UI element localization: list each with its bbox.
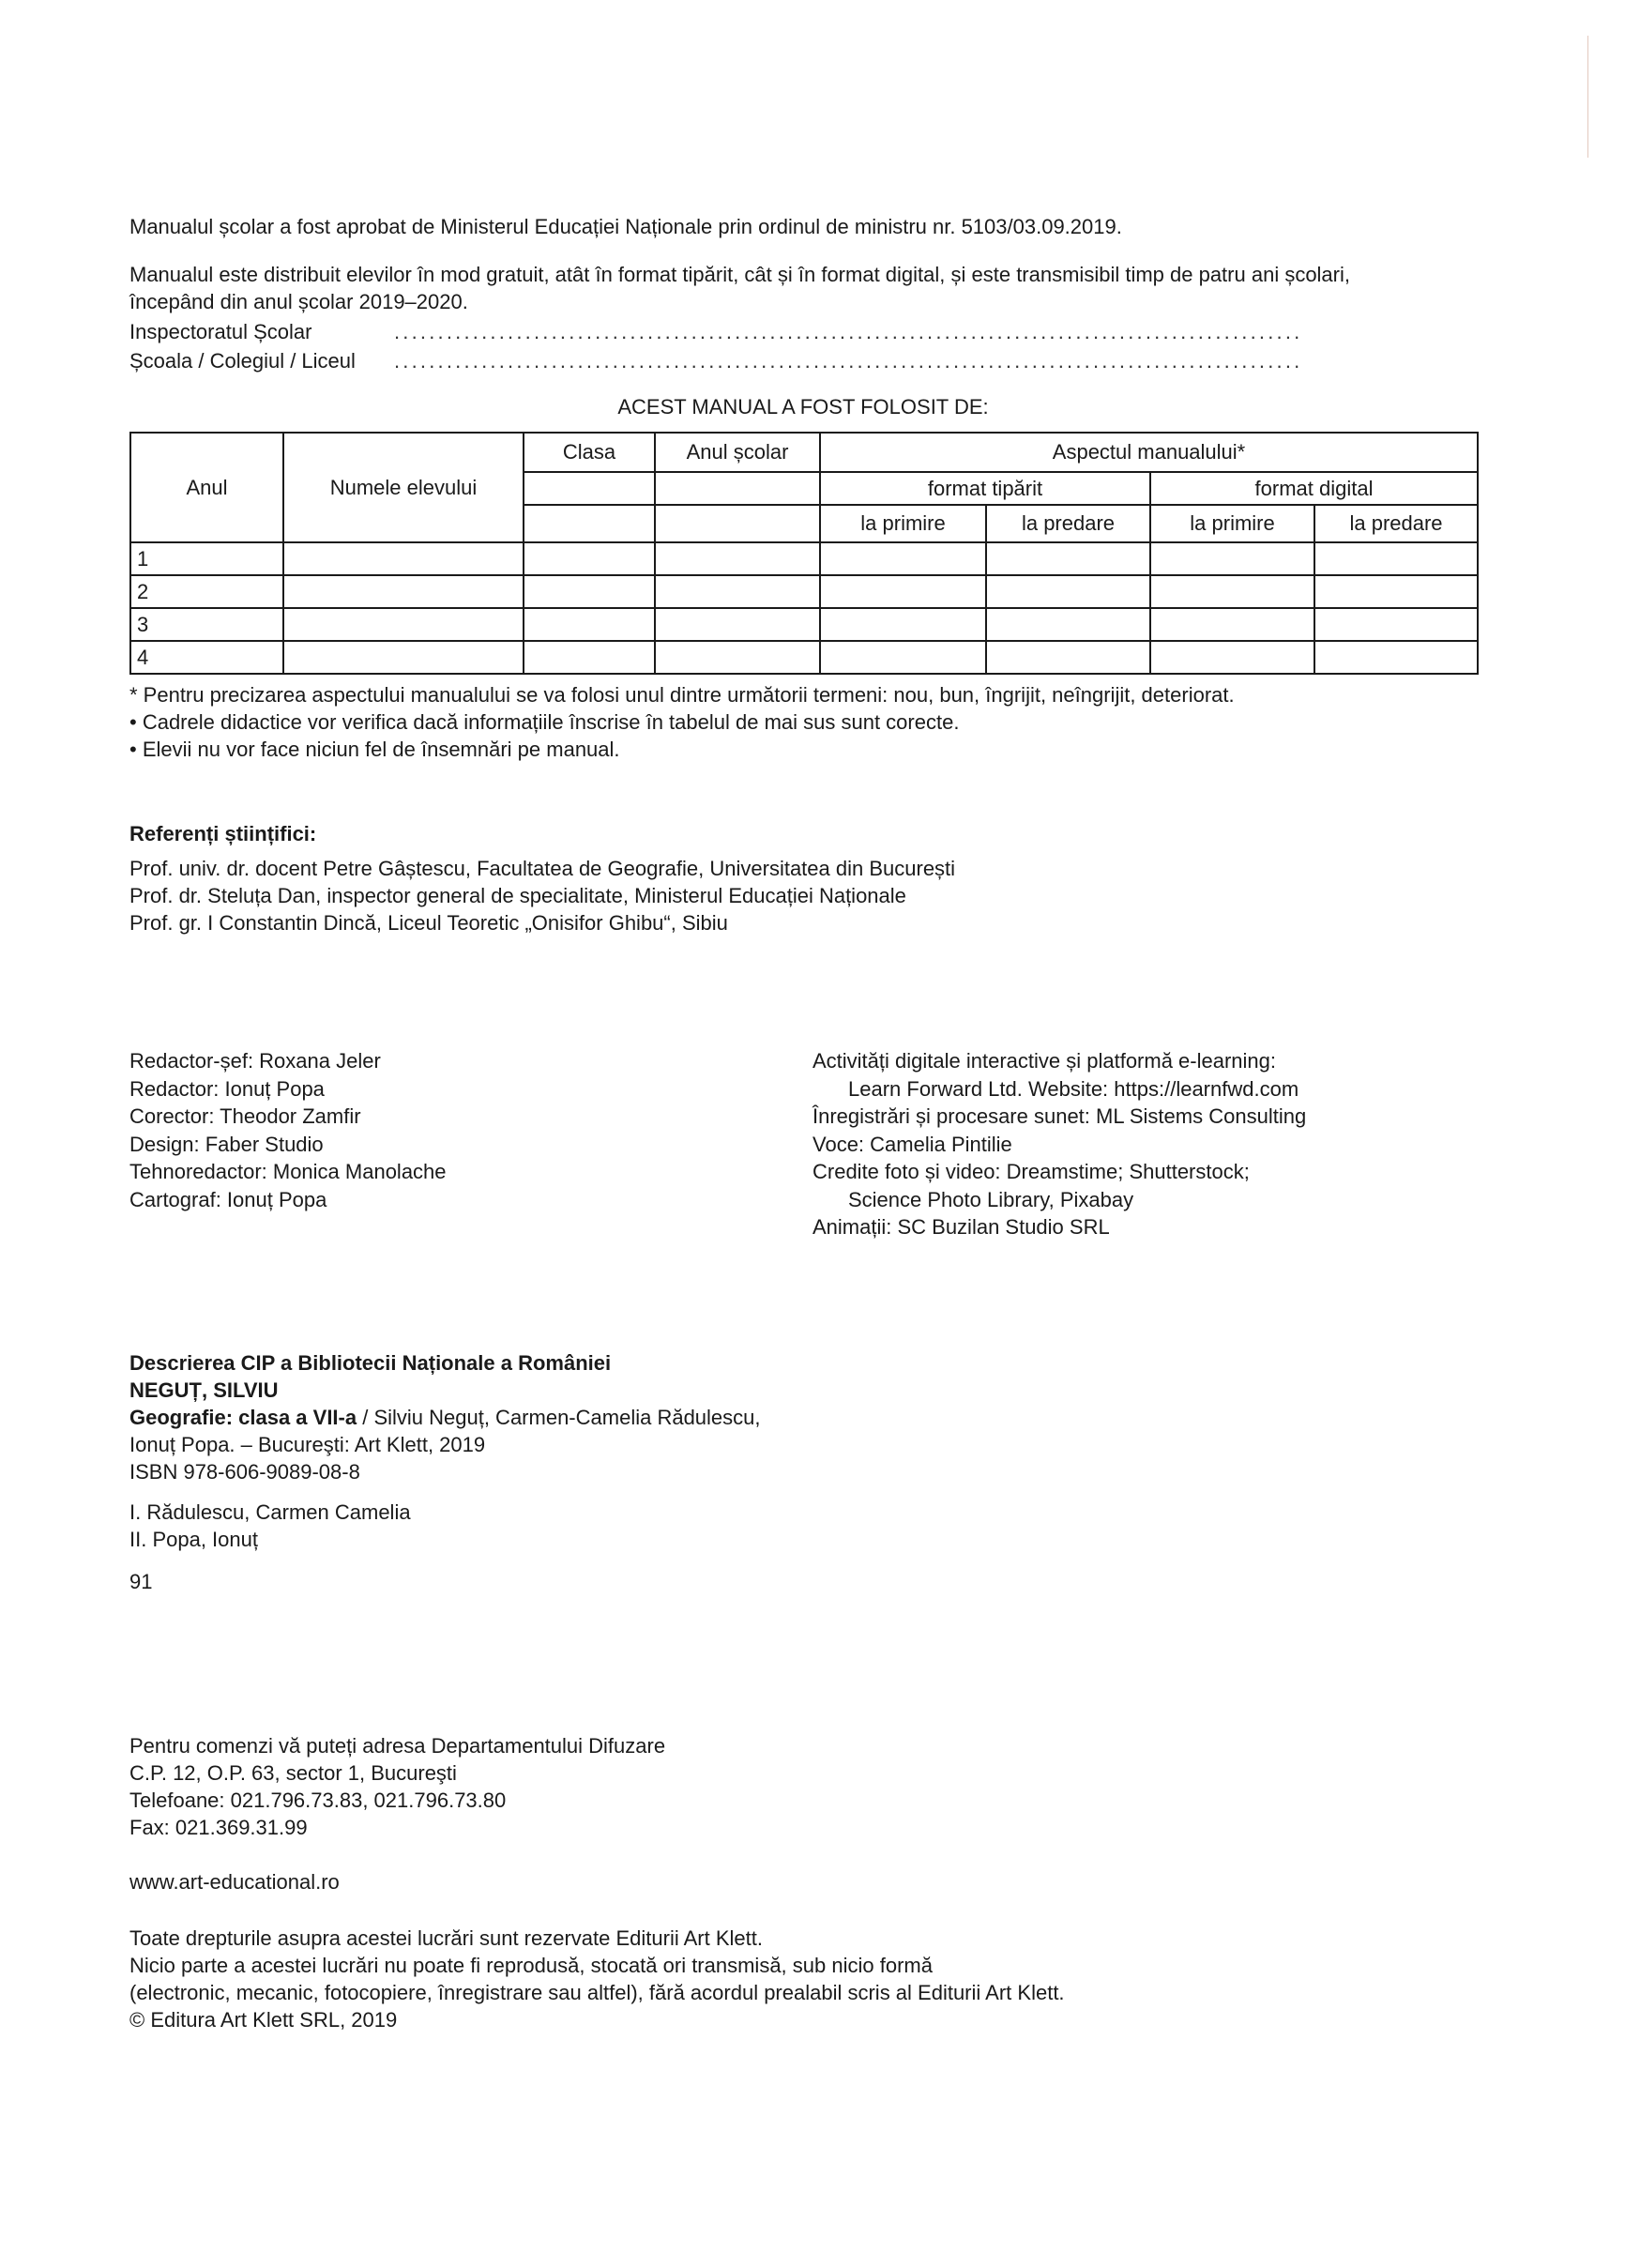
credit-proofreader: Corector: Theodor Zamfir <box>129 1103 361 1130</box>
row-cell-clasa[interactable] <box>524 575 655 608</box>
row-cell-numele[interactable] <box>283 542 524 575</box>
row-cell-clasa[interactable] <box>524 641 655 674</box>
table-row: 1 <box>130 542 1478 575</box>
row-cell-anul-scolar[interactable] <box>655 608 820 641</box>
margin-mark-line <box>1587 36 1588 158</box>
row-cell-tiparit-primire[interactable] <box>820 608 986 641</box>
credit-editor: Redactor: Ionuț Popa <box>129 1075 325 1103</box>
orders-phones: Telefoane: 021.796.73.83, 021.796.73.80 <box>129 1787 506 1814</box>
row-cell-tiparit-primire[interactable] <box>820 575 986 608</box>
row-cell-digital-primire[interactable] <box>1150 575 1314 608</box>
clasa-blank-cell <box>524 472 655 505</box>
credit-typesetter: Tehnoredactor: Monica Manolache <box>129 1158 447 1185</box>
row-cell-digital-predare[interactable] <box>1314 542 1478 575</box>
cip-index-2: II. Popa, Ionuț <box>129 1526 258 1553</box>
header-digital-la-primire: la primire <box>1150 505 1314 542</box>
row-cell-tiparit-predare[interactable] <box>986 542 1150 575</box>
credit-sound-recording: Înregistrări și procesare sunet: ML Sist… <box>812 1103 1306 1131</box>
header-numele-elevului: Numele elevului <box>283 433 524 542</box>
credit-voice: Voce: Camelia Pintilie <box>812 1131 1012 1159</box>
inspectorate-label: Inspectoratul Școlar <box>129 318 394 345</box>
credit-photo-video-continued: Science Photo Library, Pixabay <box>812 1186 1133 1214</box>
row-cell-numele[interactable] <box>283 608 524 641</box>
row-cell-clasa[interactable] <box>524 608 655 641</box>
cip-index-1: I. Rădulescu, Carmen Camelia <box>129 1499 411 1526</box>
credit-design: Design: Faber Studio <box>129 1131 324 1158</box>
cip-publisher: Ionuț Popa. – Bucureşti: Art Klett, 2019 <box>129 1431 485 1458</box>
footnote-aspect-terms: * Pentru precizarea aspectului manualulu… <box>129 681 1235 708</box>
credit-digital-activities: Activități digitale interactive și platf… <box>812 1047 1276 1075</box>
row-anul: 2 <box>130 575 283 608</box>
anul-scolar-blank-cell <box>655 505 820 542</box>
referee-item: Prof. dr. Steluța Dan, inspector general… <box>129 882 906 909</box>
cip-authors: / Silviu Neguț, Carmen-Camelia Rădulescu… <box>357 1406 760 1429</box>
header-tiparit-la-primire: la primire <box>820 505 986 542</box>
cip-heading: Descrierea CIP a Bibliotecii Naționale a… <box>129 1349 611 1377</box>
row-cell-digital-predare[interactable] <box>1314 641 1478 674</box>
cip-author: NEGUȚ, SILVIU <box>129 1377 279 1404</box>
rights-line: Toate drepturile asupra acestei lucrări … <box>129 1925 763 1952</box>
cip-title: Geografie: clasa a VII-a <box>129 1406 357 1429</box>
orders-address: C.P. 12, O.P. 63, sector 1, Bucureşti <box>129 1759 457 1787</box>
header-format-digital: format digital <box>1150 472 1478 505</box>
cip-title-line: Geografie: clasa a VII-a / Silviu Neguț,… <box>129 1404 761 1431</box>
header-format-tiparit: format tipărit <box>820 472 1150 505</box>
row-cell-anul-scolar[interactable] <box>655 641 820 674</box>
footnote-no-marks: • Elevii nu vor face niciun fel de însem… <box>129 736 620 763</box>
row-anul: 1 <box>130 542 283 575</box>
referee-item: Prof. univ. dr. docent Petre Gâștescu, F… <box>129 855 955 882</box>
row-cell-tiparit-predare[interactable] <box>986 575 1150 608</box>
usage-table: Anul Numele elevului Clasa Anul școlar A… <box>129 432 1479 675</box>
referee-item: Prof. gr. I Constantin Dincă, Liceul Teo… <box>129 909 728 936</box>
row-cell-digital-primire[interactable] <box>1150 641 1314 674</box>
footnote-teachers-verify: • Cadrele didactice vor verifica dacă in… <box>129 708 959 736</box>
orders-fax: Fax: 021.369.31.99 <box>129 1814 308 1841</box>
orders-line: Pentru comenzi vă puteți adresa Departam… <box>129 1732 665 1759</box>
row-cell-digital-predare[interactable] <box>1314 575 1478 608</box>
credit-learn-forward: Learn Forward Ltd. Website: https://lear… <box>812 1075 1298 1104</box>
header-aspectul-manualului: Aspectul manualului* <box>820 433 1478 472</box>
row-cell-tiparit-primire[interactable] <box>820 542 986 575</box>
school-dotted-line: ........................................… <box>394 347 1477 374</box>
website-link[interactable]: www.art-educational.ro <box>129 1868 340 1895</box>
row-cell-clasa[interactable] <box>524 542 655 575</box>
approval-statement: Manualul școlar a fost aprobat de Minist… <box>129 213 1122 240</box>
header-anul-scolar: Anul școlar <box>655 433 820 472</box>
row-cell-numele[interactable] <box>283 641 524 674</box>
header-digital-la-predare: la predare <box>1314 505 1478 542</box>
row-cell-tiparit-predare[interactable] <box>986 641 1150 674</box>
credit-editor-in-chief: Redactor-șef: Roxana Jeler <box>129 1047 381 1074</box>
cip-classification-number: 91 <box>129 1568 152 1595</box>
row-cell-anul-scolar[interactable] <box>655 575 820 608</box>
school-field: Școala / Colegiul / Liceul .............… <box>129 347 1477 374</box>
rights-line: Nicio parte a acestei lucrări nu poate f… <box>129 1952 933 1979</box>
row-anul: 3 <box>130 608 283 641</box>
header-clasa: Clasa <box>524 433 655 472</box>
row-cell-digital-primire[interactable] <box>1150 542 1314 575</box>
table-row: 3 <box>130 608 1478 641</box>
distribution-statement-line-2: începând din anul școlar 2019–2020. <box>129 288 468 315</box>
inspectorate-dotted-line: ........................................… <box>394 318 1477 345</box>
referees-heading: Referenți științifici: <box>129 820 316 847</box>
row-cell-tiparit-primire[interactable] <box>820 641 986 674</box>
header-anul: Anul <box>130 433 283 542</box>
table-row: 4 <box>130 641 1478 674</box>
row-cell-digital-predare[interactable] <box>1314 608 1478 641</box>
usage-table-title: ACEST MANUAL A FOST FOLOSIT DE: <box>129 393 1477 420</box>
credit-photo-video: Credite foto și video: Dreamstime; Shutt… <box>812 1158 1250 1186</box>
row-cell-numele[interactable] <box>283 575 524 608</box>
school-label: Școala / Colegiul / Liceul <box>129 347 394 374</box>
inspectorate-field: Inspectoratul Școlar ...................… <box>129 318 1477 345</box>
row-anul: 4 <box>130 641 283 674</box>
header-tiparit-la-predare: la predare <box>986 505 1150 542</box>
credit-animations: Animații: SC Buzilan Studio SRL <box>812 1213 1110 1241</box>
clasa-blank-cell <box>524 505 655 542</box>
credit-cartographer: Cartograf: Ionuț Popa <box>129 1186 327 1213</box>
row-cell-digital-primire[interactable] <box>1150 608 1314 641</box>
distribution-statement-line-1: Manualul este distribuit elevilor în mod… <box>129 261 1350 288</box>
copyright-line: © Editura Art Klett SRL, 2019 <box>129 2006 397 2033</box>
row-cell-tiparit-predare[interactable] <box>986 608 1150 641</box>
rights-line: (electronic, mecanic, fotocopiere, înreg… <box>129 1979 1065 2006</box>
row-cell-anul-scolar[interactable] <box>655 542 820 575</box>
cip-isbn: ISBN 978-606-9089-08-8 <box>129 1458 360 1485</box>
anul-scolar-blank-cell <box>655 472 820 505</box>
table-row: 2 <box>130 575 1478 608</box>
